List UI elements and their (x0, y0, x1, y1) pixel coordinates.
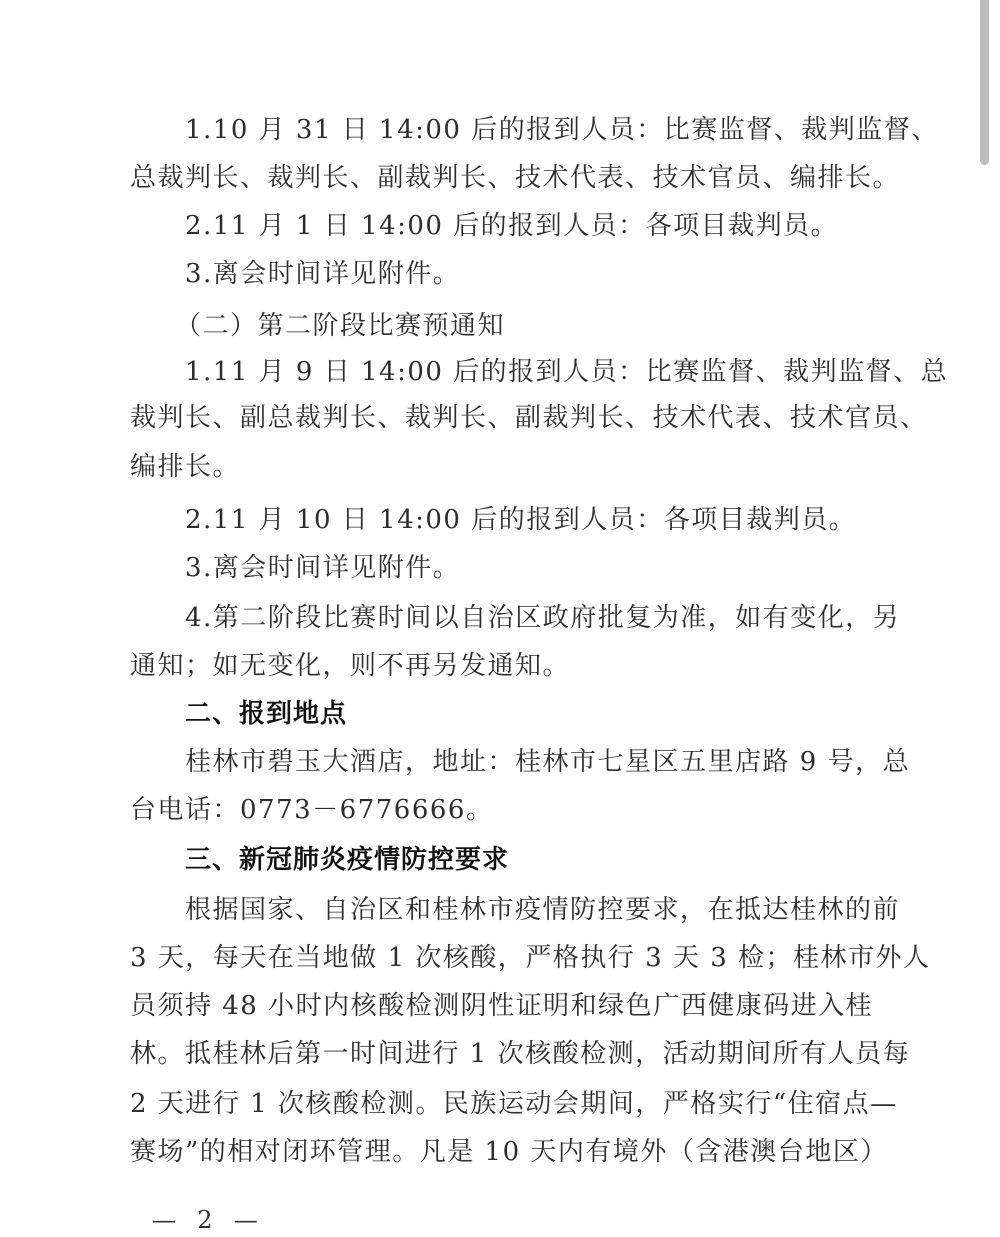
text-line: 3.离会时间详见附件。 (185, 257, 870, 291)
text-line: 通知；如无变化，则不再另发通知。 (130, 649, 870, 683)
text-line: 4.第二阶段比赛时间以自治区政府批复为准，如有变化，另 (185, 601, 870, 635)
text-line: 裁判长、副总裁判长、裁判长、副裁判长、技术代表、技术官员、 (130, 401, 870, 435)
text-line: 员须持 48 小时内核酸检测阴性证明和绿色广西健康码进入桂 (130, 989, 870, 1023)
section-heading-location: 二、报到地点 (185, 697, 870, 731)
document-page: 1.10 月 31 日 14:00 后的报到人员：比赛监督、裁判监督、 总裁判长… (0, 0, 1000, 1237)
subsection-heading: （二）第二阶段比赛预通知 (175, 309, 860, 343)
text-line: 赛场”的相对闭环管理。凡是 10 天内有境外（含港澳台地区） (130, 1135, 870, 1169)
text-line: 台电话：0773－6776666。 (130, 793, 870, 827)
text-line: 1.11 月 9 日 14:00 后的报到人员：比赛监督、裁判监督、总 (185, 355, 870, 389)
text-line: 根据国家、自治区和桂林市疫情防控要求，在抵达桂林的前 (185, 893, 870, 927)
text-line: 1.10 月 31 日 14:00 后的报到人员：比赛监督、裁判监督、 (185, 113, 870, 147)
text-line: 2.11 月 1 日 14:00 后的报到人员：各项目裁判员。 (185, 209, 870, 243)
page-number: — 2 — (152, 1205, 260, 1235)
text-line: 林。抵桂林后第一时间进行 1 次核酸检测，活动期间所有人员每 (130, 1037, 870, 1071)
text-line: 2 天进行 1 次核酸检测。民族运动会期间，严格实行“住宿点— (130, 1087, 870, 1121)
text-line: 总裁判长、裁判长、副裁判长、技术代表、技术官员、编排长。 (130, 161, 870, 195)
text-line: 3.离会时间详见附件。 (185, 551, 870, 585)
text-line: 编排长。 (130, 450, 870, 484)
text-line: 桂林市碧玉大酒店，地址：桂林市七星区五里店路 9 号，总 (185, 745, 870, 779)
scrollbar-thumb[interactable] (980, 0, 989, 165)
text-line: 2.11 月 10 日 14:00 后的报到人员：各项目裁判员。 (185, 503, 870, 537)
text-line: 3 天，每天在当地做 1 次核酸，严格执行 3 天 3 检；桂林市外人 (130, 941, 870, 975)
section-heading-covid: 三、新冠肺炎疫情防控要求 (185, 843, 870, 877)
